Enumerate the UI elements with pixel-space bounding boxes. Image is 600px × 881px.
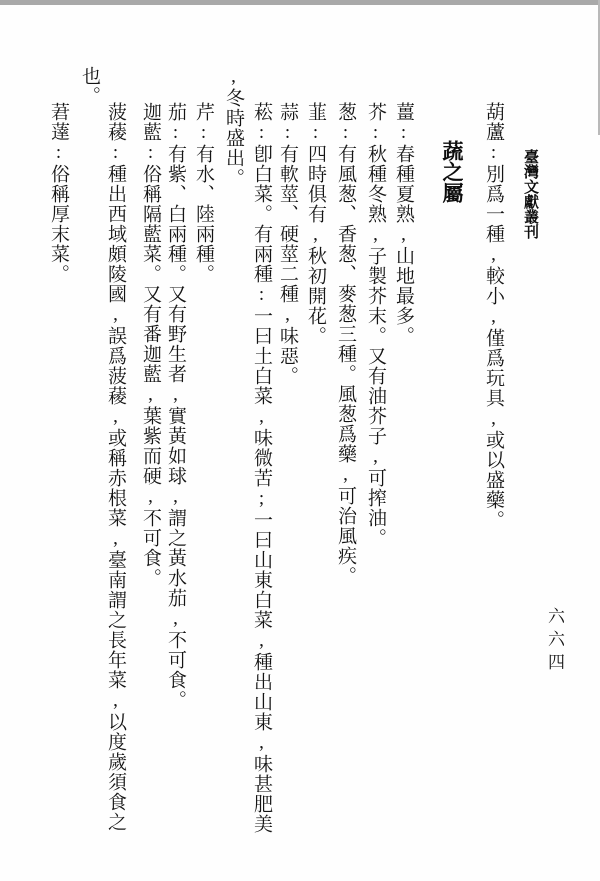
entry-jie: 芥:秋種冬熟,子製芥末。又有油芥子,可搾油。 [364,102,386,548]
book-page: 臺灣文獻叢刊 六六四 葫蘆:別爲一種,較小,僅爲玩具,或以盛藥。 蔬之屬 薑:春… [0,0,600,881]
series-title: 臺灣文獻叢刊 [521,149,538,239]
entry-cong: 葱:有風葱、香葱、麥葱三種。風葱爲藥,可治風疾。 [334,102,356,586]
entry-song-continuation: ,冬時盛出。 [222,66,244,188]
entry-boleng: 菠薐:種出西域頗陵國,誤爲菠薐,或稱赤根菜,臺南謂之長年菜,以度歲須食之 [104,102,126,832]
entry-jialan: 迦藍:俗稱隔藍菜。又有番迦藍,葉紫而硬,不可食。 [139,102,161,588]
entry-hulu: 葫蘆:別爲一種,較小,僅爲玩具,或以盛藥。 [482,102,504,530]
entry-jiang: 薑:春種夏熟,山地最多。 [392,102,414,346]
section-heading: 蔬之屬 [440,140,464,203]
entry-junda: 莙薘:俗稱厚末菜。 [47,102,69,284]
entry-song: 菘:卽白菜。有兩種:一曰土白菜,味微苦;一曰山東白菜,種出山東,味甚肥美 [250,102,272,834]
entry-jiu: 韮:四時俱有,秋初開花。 [304,102,326,346]
entry-qie: 茄:有紫、白兩種。又有野生者,實黃如球,謂之黃水茄,不可食。 [164,102,186,710]
page-number: 六六四 [545,607,564,676]
scan-edge-top [0,0,600,5]
entry-qin: 芹:有水、陸兩種。 [192,102,214,284]
entry-suan: 蒜:有軟莖、硬莖二種,味惡。 [276,102,298,386]
entry-boleng-continuation: 也。 [78,66,100,106]
